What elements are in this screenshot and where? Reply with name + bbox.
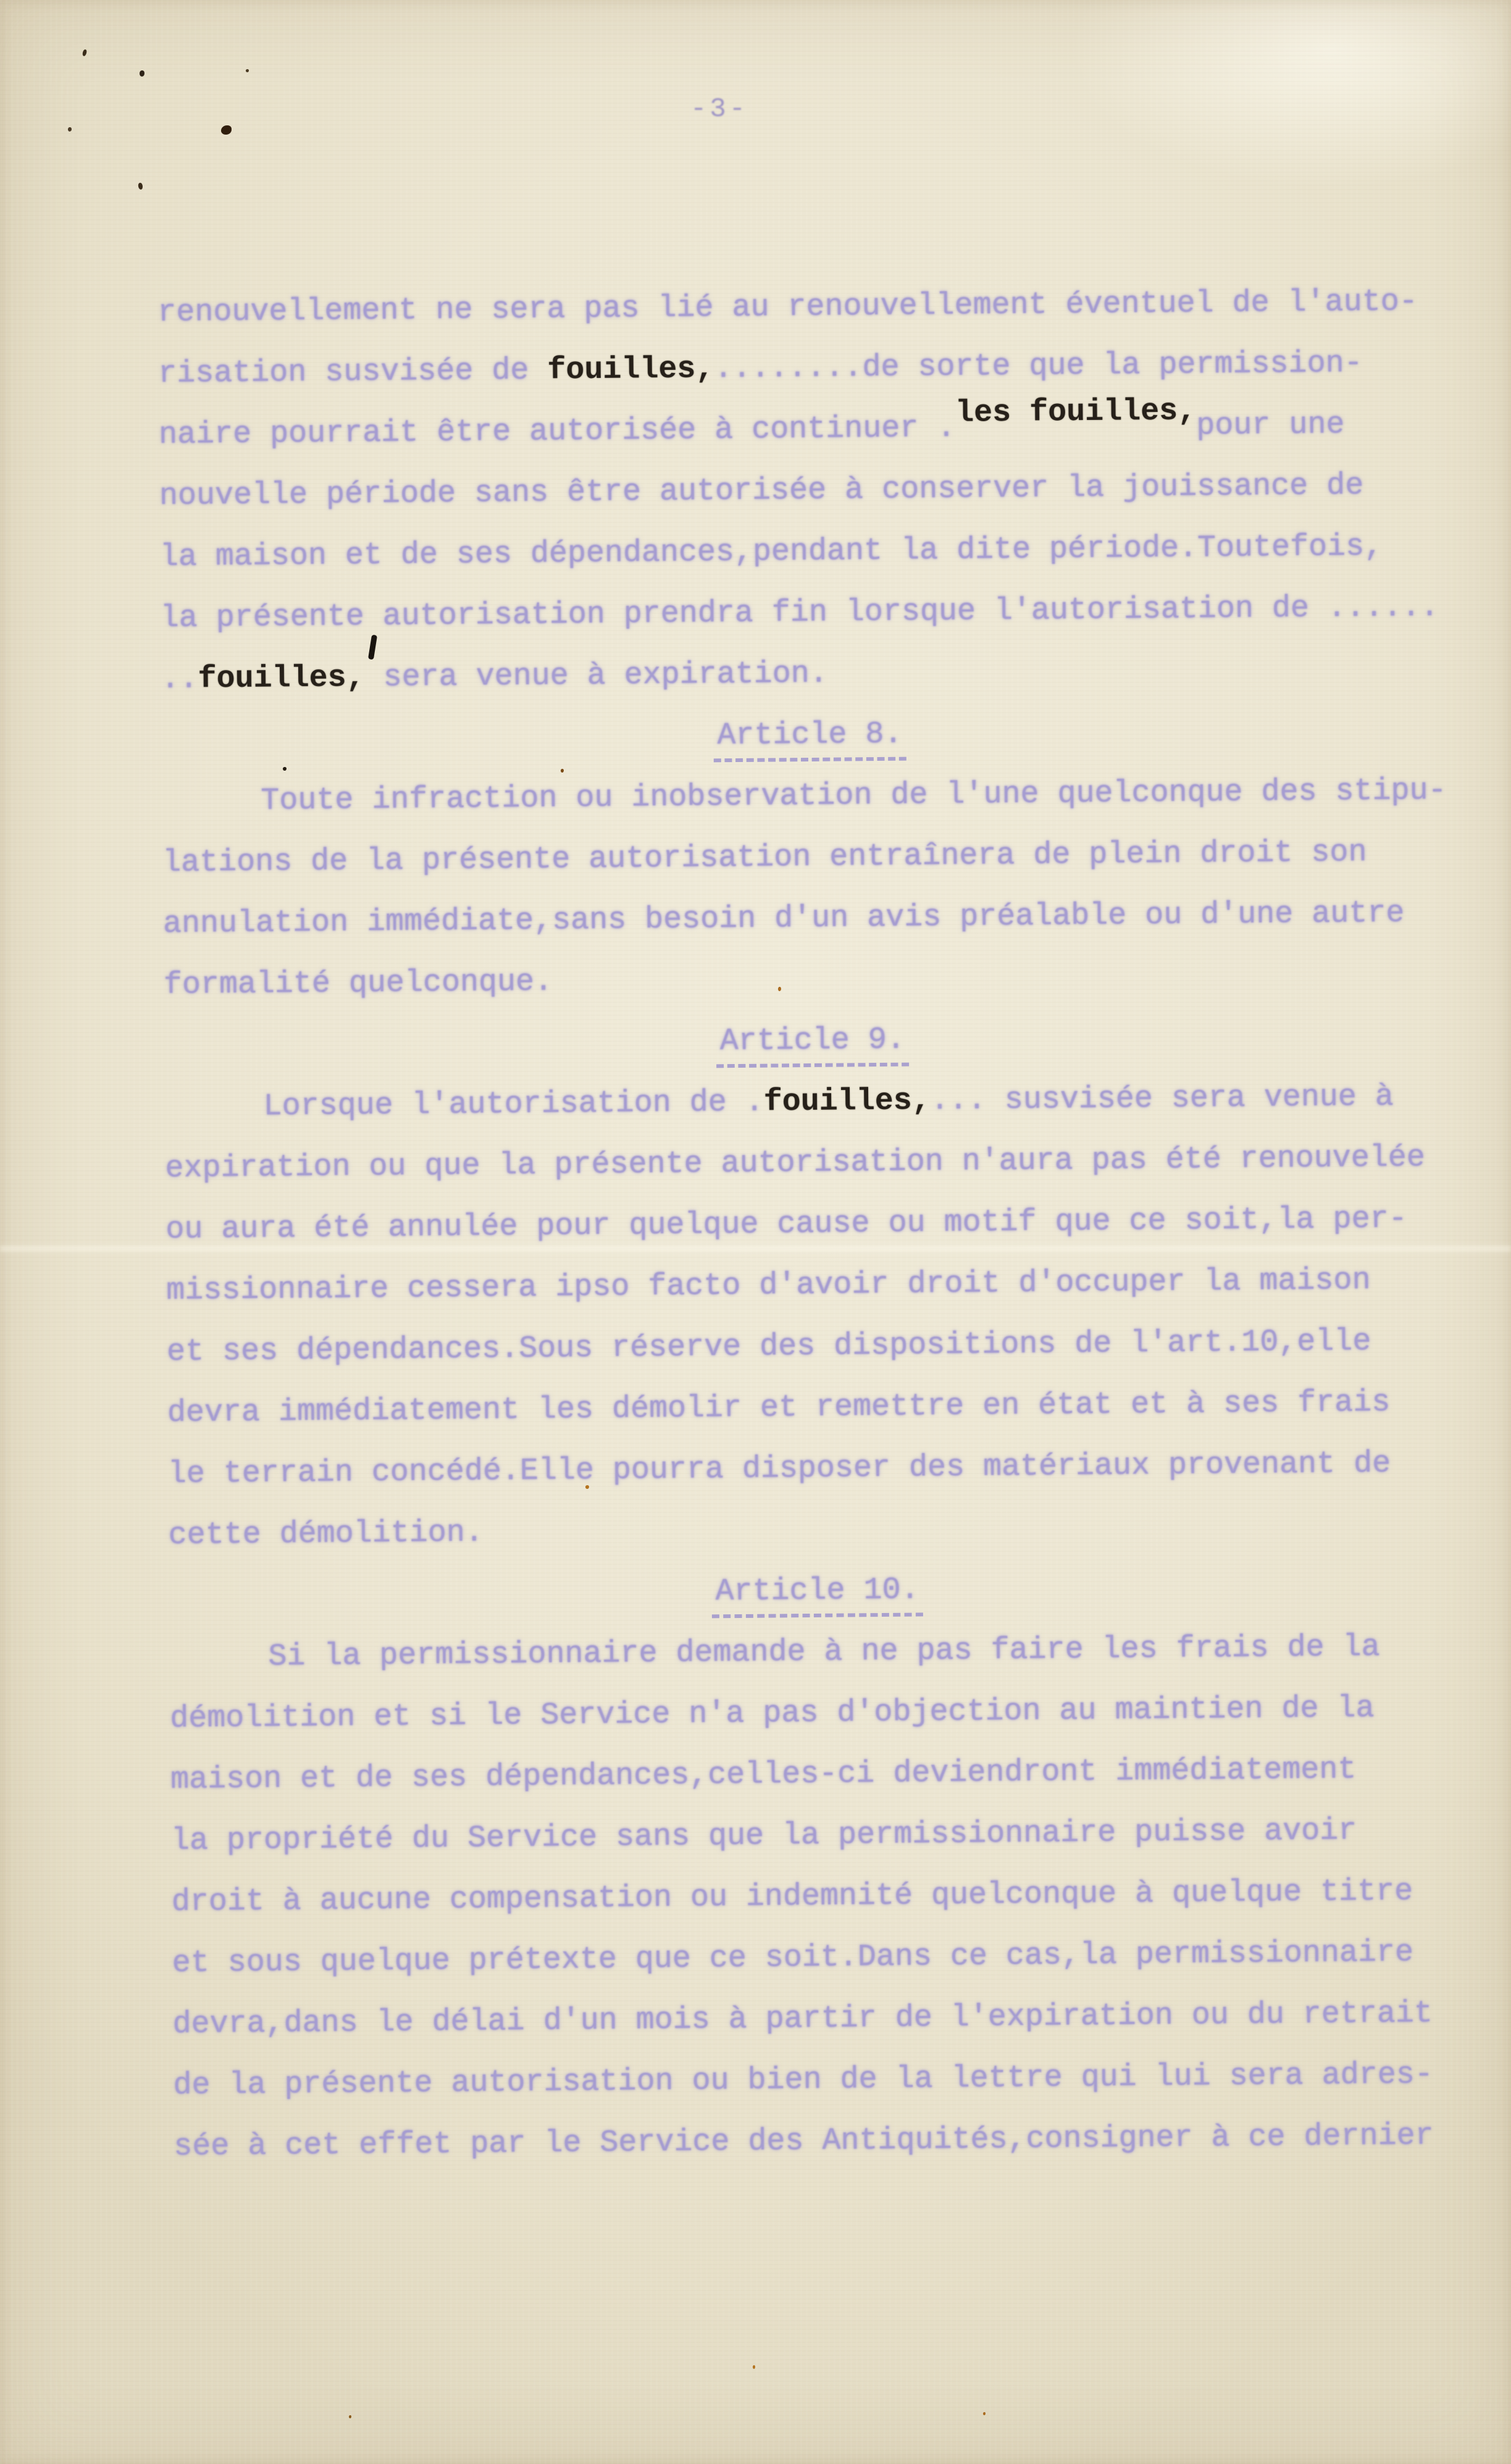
typed-text: formalité quelconque.: [164, 965, 553, 1003]
typed-text: Si la permissionnaire demande à ne pas f…: [268, 1630, 1380, 1675]
text-line: missionnaire cessera ipso facto d'avoir …: [166, 1249, 1463, 1322]
typed-text: cette démolition.: [169, 1515, 484, 1553]
text-line: ou aura été annulée pour quelque cause o…: [165, 1188, 1463, 1260]
text-line: Toute infraction ou inobservation de l'u…: [162, 760, 1459, 832]
typed-text: la propriété du Service sans que la perm…: [171, 1813, 1357, 1859]
typed-text: annulation immédiate,sans besoin d'un av…: [163, 896, 1405, 942]
text-line: et ses dépendances.Sous réserve des disp…: [167, 1310, 1464, 1383]
text-line: démolition et si le Service n'a pas d'ob…: [170, 1677, 1467, 1750]
article-heading-text: Article 10.: [711, 1572, 923, 1618]
text-line: la présente autorisation prendra fin lor…: [160, 577, 1457, 649]
inserted-text: les fouilles,: [955, 393, 1197, 430]
typed-text: devra,dans le délai d'un mois à partir d…: [172, 1996, 1433, 2042]
paper-speck: [82, 49, 87, 56]
paper-speck: [68, 127, 72, 132]
typed-text: ..: [161, 662, 198, 698]
typed-text: sée à cet effet par le Service des Antiq…: [174, 2118, 1434, 2164]
paper-speck: [983, 2412, 986, 2415]
article-heading-text: Article 8.: [713, 716, 906, 763]
typed-text: sera venue à expiration.: [364, 656, 828, 696]
article-heading-text: Article 9.: [716, 1022, 910, 1068]
typed-text: lations de la présente autorisation entr…: [162, 835, 1367, 881]
typed-text: Article 9.: [720, 1023, 906, 1060]
text-line: devra immédiatement les démolir et remet…: [167, 1372, 1465, 1444]
text-line: le terrain concédé.Elle pourra disposer …: [167, 1433, 1465, 1505]
text-line: naire pourrait être autorisée à continue…: [159, 393, 1456, 466]
text-line: renouvellement ne sera pas lié au renouv…: [157, 271, 1455, 343]
typed-text: ........de sorte que la permission-: [714, 346, 1363, 387]
typed-text: la maison et de ses dépendances,pendant …: [160, 529, 1383, 575]
text-line: maison et de ses dépendances,celles-ci d…: [170, 1738, 1468, 1811]
typed-text: ou aura été annulée pour quelque cause o…: [165, 1202, 1407, 1248]
text-line: risation susvisée de fouilles,........de…: [158, 332, 1455, 404]
inserted-text: fouilles,: [764, 1083, 931, 1120]
typed-text: maison et de ses dépendances,celles-ci d…: [170, 1752, 1357, 1798]
paper-speck: [246, 69, 249, 72]
typed-text: la présente autorisation prendra fin lor…: [161, 590, 1439, 636]
text-line: devra,dans le délai d'un mois à partir d…: [172, 1983, 1470, 2055]
typed-text: missionnaire cessera ipso facto d'avoir …: [166, 1263, 1371, 1309]
text-line: Si la permissionnaire demande à ne pas f…: [169, 1616, 1467, 1688]
inserted-text: fouilles,: [198, 660, 365, 697]
page-number: -3-: [690, 94, 748, 125]
typed-text: le terrain concédé.Elle pourra disposer …: [168, 1446, 1391, 1492]
paper-speck: [221, 125, 232, 135]
paper-speck: [753, 2365, 755, 2369]
document-page: -3- renouvellement ne sera pas lié au re…: [0, 0, 1511, 2464]
typed-text: renouvellement ne sera pas lié au renouv…: [157, 284, 1418, 330]
typed-text: démolition et si le Service n'a pas d'ob…: [170, 1691, 1375, 1737]
text-line: sée à cet effet par le Service des Antiq…: [174, 2105, 1471, 2177]
typed-text: devra immédiatement les démolir et remet…: [167, 1385, 1391, 1431]
typed-text: Toute infraction ou inobservation de l'u…: [261, 773, 1447, 819]
typed-text: droit à aucune compensation ou indemnité…: [172, 1874, 1413, 1921]
text-line: et sous quelque prétexte que ce soit.Dan…: [172, 1922, 1469, 1994]
typed-text: Lorsque l'autorisation de .: [263, 1085, 764, 1125]
paper-speck: [140, 70, 144, 77]
text-line: lations de la présente autorisation entr…: [162, 821, 1460, 894]
typed-text: expiration ou que la présente autorisati…: [165, 1140, 1425, 1186]
typed-text: naire pourrait être autorisée à continue…: [159, 411, 956, 453]
text-block: renouvellement ne sera pas lié au renouv…: [157, 271, 1471, 2177]
text-line: la maison et de ses dépendances,pendant …: [159, 516, 1457, 588]
text-line: nouvelle période sans être autorisée à c…: [159, 455, 1457, 527]
text-line: de la présente autorisation ou bien de l…: [173, 2044, 1470, 2116]
typed-text: de la présente autorisation ou bien de l…: [173, 2057, 1433, 2103]
article-heading: Article 10.: [169, 1555, 1466, 1627]
article-heading: Article 9.: [164, 1005, 1461, 1077]
typed-text: Article 8.: [717, 717, 903, 754]
inserted-text: fouilles,: [547, 351, 714, 388]
text-line: ..fouilles, sera venue à expiration.: [161, 638, 1458, 710]
text-line: expiration ou que la présente autorisati…: [165, 1127, 1462, 1199]
typed-text: nouvelle période sans être autorisée à c…: [159, 468, 1364, 514]
typed-text: ... susvisée sera venue à: [931, 1079, 1394, 1119]
typed-text: et sous quelque prétexte que ce soit.Dan…: [172, 1935, 1414, 1982]
text-line: formalité quelconque.: [164, 944, 1461, 1016]
typed-text: risation susvisée de: [158, 353, 548, 392]
paper-speck: [349, 2415, 351, 2418]
typed-text: pour une: [1196, 407, 1345, 443]
typed-text: et ses dépendances.Sous réserve des disp…: [167, 1324, 1371, 1370]
text-line: cette démolition.: [168, 1494, 1465, 1566]
text-line: annulation immédiate,sans besoin d'un av…: [163, 882, 1460, 955]
paper-speck: [138, 182, 143, 190]
text-line: Lorsque l'autorisation de .fouilles,... …: [164, 1066, 1462, 1138]
article-heading: Article 8.: [161, 699, 1459, 771]
text-line: la propriété du Service sans que la perm…: [171, 1800, 1468, 1872]
text-line: droit à aucune compensation ou indemnité…: [172, 1861, 1469, 1933]
typed-text: Article 10.: [715, 1572, 919, 1609]
